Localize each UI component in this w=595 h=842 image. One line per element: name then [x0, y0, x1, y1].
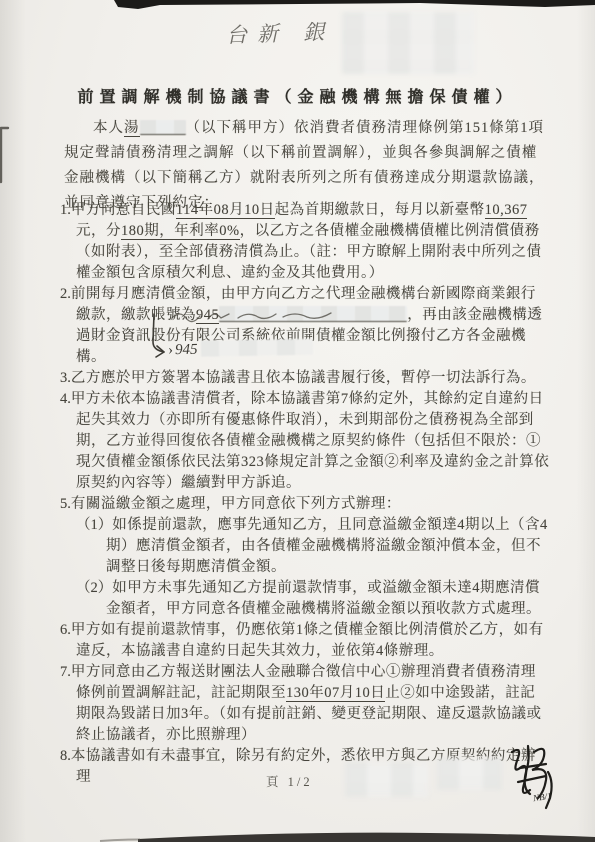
clause-text: 有關溢繳金額之處理，甲方同意依下列方式辦理： [71, 496, 401, 512]
clause-number: 6. [60, 622, 71, 638]
clause-7: 7.甲方同意由乙方報送財團法人金融聯合徵信中心①辦理消費者債務清理條例前置調解註… [60, 662, 550, 746]
clause-5-subitem-1: （1）如係提前還款，應事先通知乙方，且同意溢繳金額達4期以上（含4期）應清償金額… [60, 515, 550, 578]
clause-number: 8. [60, 748, 71, 764]
subitem-text: 如甲方未事先通知乙方提前還款情事，或溢繳金額未達4期應清償金額者，甲方同意各債權… [106, 580, 541, 617]
text-segment: 甲方同意自民國 [71, 202, 176, 218]
underlined-value: 945 [196, 307, 219, 324]
clause-1: 1.甲方同意自民國114年08月10日起為首期繳款日，每月以新臺幣10,367元… [60, 200, 550, 284]
text-segment: 乙方應於甲方簽署本協議書且依本協議書履行後，暫停一切法訴行為。 [71, 370, 536, 386]
text-segment: 元，分 [76, 223, 121, 239]
scan-artifact-top-edge [0, 0, 595, 12]
redacted-header-block [342, 12, 474, 74]
subitem-text: 如係提前還款，應事先通知乙方，且同意溢繳金額達4期以上（含4期）應清償金額者，由… [106, 517, 548, 575]
clause-number: 7. [60, 664, 71, 680]
page-number-label: 頁 1/2 [266, 772, 313, 790]
clause-6: 6.甲方如有提前還款情事，仍應依第1條之債權金額比例清償於乙方，如有違反，本協議… [60, 620, 550, 662]
clause-4: 4.甲方未依本協議書清償者，除本協議書第7條約定外，其餘約定自違約日起失其效力（… [60, 389, 550, 494]
handwritten-account-number: 945 [175, 342, 198, 358]
subitem-number: （2） [76, 580, 112, 596]
clause-number: 1. [60, 202, 71, 218]
clause-number: 3. [60, 370, 71, 386]
underlined-value: 130年07月10日 [286, 685, 385, 702]
clause-text: 甲方如有提前還款情事，仍應依第1條之債權金額比例清償於乙方，如有違反，本協議書自… [71, 622, 544, 659]
clause-list: 1.甲方同意自民國114年08月10日起為首期繳款日，每月以新臺幣10,367元… [60, 200, 550, 788]
handwritten-account-note: ›945 [168, 339, 314, 360]
text-segment: 起為首期繳款日，每月以新臺幣 [275, 202, 485, 218]
clause-text: 乙方應於甲方簽署本協議書且依本協議書履行後，暫停一切法訴行為。 [71, 370, 536, 386]
clause-5-subitem-2: （2）如甲方未事先通知乙方提前還款情事，或溢繳金額未達4期應清償金額者，甲方同意… [60, 578, 550, 620]
text-segment: 甲方如有提前還款情事，仍應依第1條之債權金額比例清償於乙方，如有違反，本協議書自… [71, 622, 544, 659]
scan-artifact-bottom-edge [0, 826, 595, 842]
document-title: 前置調解機制協議書（金融機構無擔保債權） [0, 84, 595, 107]
clause-5: 5.有關溢繳金額之處理，甲方同意依下列方式辦理： [60, 494, 550, 515]
subitem-number: （1） [76, 517, 112, 533]
clause-3: 3.乙方應於甲方簽署本協議書且依本協議書履行後，暫停一切法訴行為。 [60, 368, 550, 389]
clause-number: 5. [60, 496, 71, 512]
arrowhead-icon: › [168, 342, 173, 358]
redacted-name-block [140, 120, 186, 135]
underlined-value: 10,367 [485, 202, 528, 219]
redacted-account-block [219, 306, 407, 322]
text-segment: 甲方未依本協議書清償者，除本協議書第7條約定外，其餘約定自違約日起失其效力（亦即… [71, 391, 549, 491]
clause-number: 4. [60, 391, 71, 407]
underlined-value: 180期，年利率0% [121, 223, 240, 240]
clause-number: 2. [60, 286, 71, 302]
text-segment: 如甲方未事先通知乙方提前還款情事，或溢繳金額未達4期應清償金額者，甲方同意各債權… [106, 580, 541, 617]
signature-note: NB/1 [532, 791, 552, 803]
clause-text: 甲方同意由乙方報送財團法人金融聯合徵信中心①辦理消費者債務清理條例前置調解註記，… [71, 664, 542, 743]
redacted-footer-block-1 [345, 762, 428, 797]
scan-artifact-left-mark [0, 126, 10, 184]
text-segment: 如係提前還款，應事先通知乙方，且同意溢繳金額達4期以上（含4期）應清償金額者，由… [106, 517, 548, 575]
text-segment: 有關溢繳金額之處理，甲方同意依下列方式辦理： [71, 496, 401, 512]
scanned-document-page: 台新 銀 前置調解機制協議書（金融機構無擔保債權） 本人湯（以下稱甲方）依消費者… [0, 0, 595, 842]
underlined-value: 湯 [124, 120, 140, 137]
text-segment: 本人 [93, 120, 124, 136]
clause-text: 甲方未依本協議書清償者，除本協議書第7條約定外，其餘約定自違約日起失其效力（亦即… [71, 391, 549, 491]
redacted-footer-block-2 [437, 758, 502, 790]
redacted-account-note [201, 339, 313, 357]
underlined-value: 114年08月10日 [176, 202, 275, 219]
clause-text: 甲方同意自民國114年08月10日起為首期繳款日，每月以新臺幣10,367元，分… [71, 202, 542, 281]
